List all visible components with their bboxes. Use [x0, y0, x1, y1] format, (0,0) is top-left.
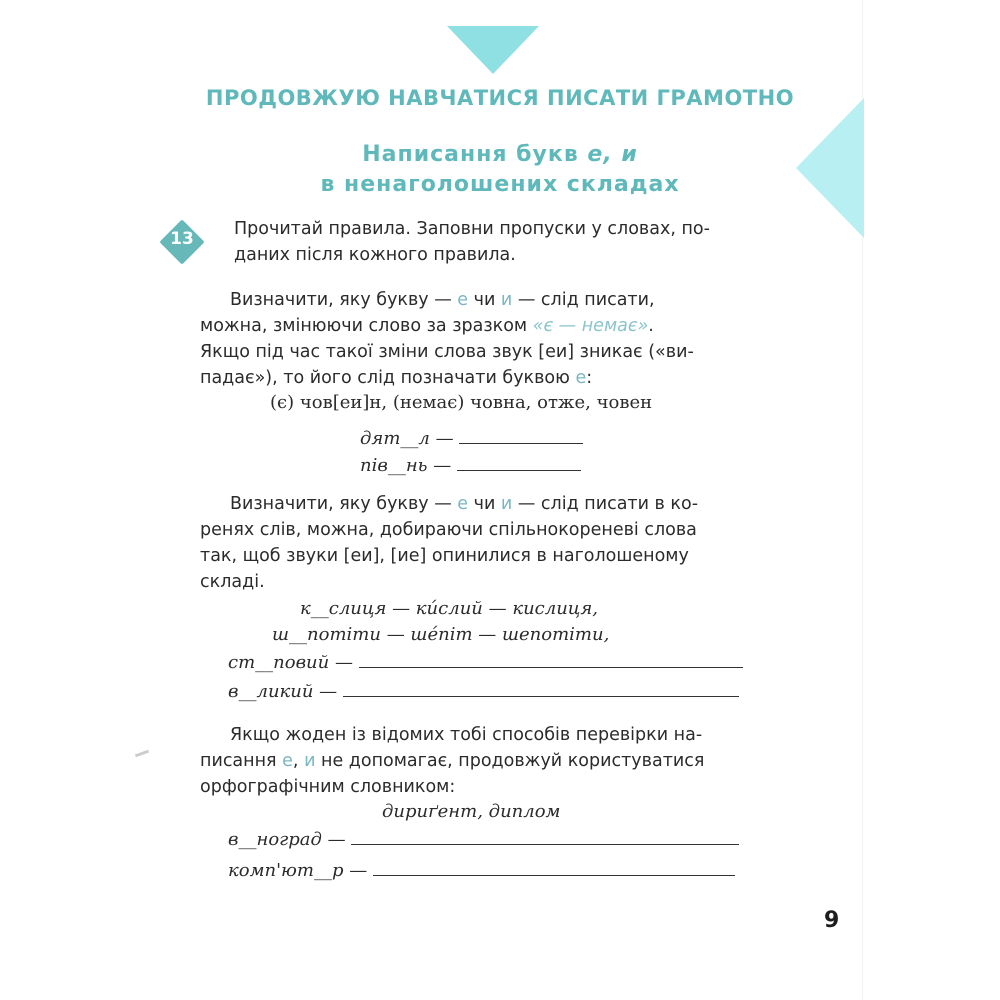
instruction-line: Прочитай правила. Заповни пропуски у сло…	[234, 216, 774, 242]
letter-e: е	[457, 290, 468, 310]
rule-line: можна, змінюючи слово за зразком «є — не…	[200, 313, 773, 339]
rule-line: Якщо під час такої зміни слова звук [еи]…	[200, 339, 773, 365]
rule-3-example: дириґент, диплом	[382, 801, 560, 822]
decorative-triangle-right	[796, 98, 864, 238]
topic-title-prefix: Написання букв	[362, 142, 587, 167]
rule-line: Визначити, яку букву — е чи и — слід пис…	[200, 491, 773, 517]
letter-e: е	[282, 751, 293, 771]
rule-line: Визначити, яку букву — е чи и — слід пис…	[200, 287, 773, 313]
rule-1: Визначити, яку букву — е чи и — слід пис…	[200, 287, 773, 391]
print-smudge	[135, 750, 149, 758]
chapter-title: ПРОДОВЖУЮ НАВЧАТИСЯ ПИСАТИ ГРАМОТНО	[0, 86, 1000, 110]
letter-e: е	[457, 494, 468, 514]
letter-y: и	[304, 751, 315, 771]
decorative-triangle-top	[447, 26, 539, 74]
rule-1-example: (є) чов[еи]н, (немає) човна, отже, човен	[270, 392, 652, 413]
rule-2-example-2: ш__потіти — ше́піт — шепотіти,	[272, 624, 609, 645]
rule-line: так, щоб звуки [еи], [ие] опинилися в на…	[200, 543, 773, 569]
letter-y: и	[501, 290, 512, 310]
exercise-number: 13	[164, 229, 200, 249]
task-field[interactable]: ст__повий —	[228, 652, 743, 673]
rule-2: Визначити, яку букву — е чи и — слід пис…	[200, 491, 773, 595]
pattern-text: «є — немає»	[533, 316, 649, 336]
task-field[interactable]: пів__нь —	[360, 455, 581, 476]
page-number: 9	[824, 908, 839, 933]
instruction-line: даних після кожного правила.	[234, 242, 774, 268]
textbook-page: ПРОДОВЖУЮ НАВЧАТИСЯ ПИСАТИ ГРАМОТНО Напи…	[0, 0, 1000, 1000]
rule-line: падає»), то його слід позначати буквою е…	[200, 365, 773, 391]
letter-e: е	[575, 368, 586, 388]
rule-line: писання е, и не допомагає, продовжуй кор…	[200, 748, 773, 774]
topic-title-line2: в ненаголошених складах	[0, 172, 1000, 197]
task-field[interactable]: комп'ют__р —	[228, 860, 735, 881]
task-field[interactable]: дят__л —	[360, 428, 583, 449]
rule-line: Якщо жоден із відомих тобі способів пере…	[200, 722, 773, 748]
rule-3: Якщо жоден із відомих тобі способів пере…	[200, 722, 773, 800]
exercise-instruction: Прочитай правила. Заповни пропуски у сло…	[234, 216, 774, 268]
topic-title-line1: Написання букв е, и	[0, 142, 1000, 167]
letter-y: и	[501, 494, 512, 514]
task-field[interactable]: в__ликий —	[228, 681, 739, 702]
topic-title-letters: е, и	[587, 142, 637, 167]
rule-line: орфографічним словником:	[200, 774, 773, 800]
rule-2-example-1: к__слиця — ки́слий — кислиця,	[300, 598, 598, 619]
task-field[interactable]: в__ноград —	[228, 829, 739, 850]
rule-line: складі.	[200, 569, 773, 595]
rule-line: ренях слів, можна, добираючи спільнокоре…	[200, 517, 773, 543]
